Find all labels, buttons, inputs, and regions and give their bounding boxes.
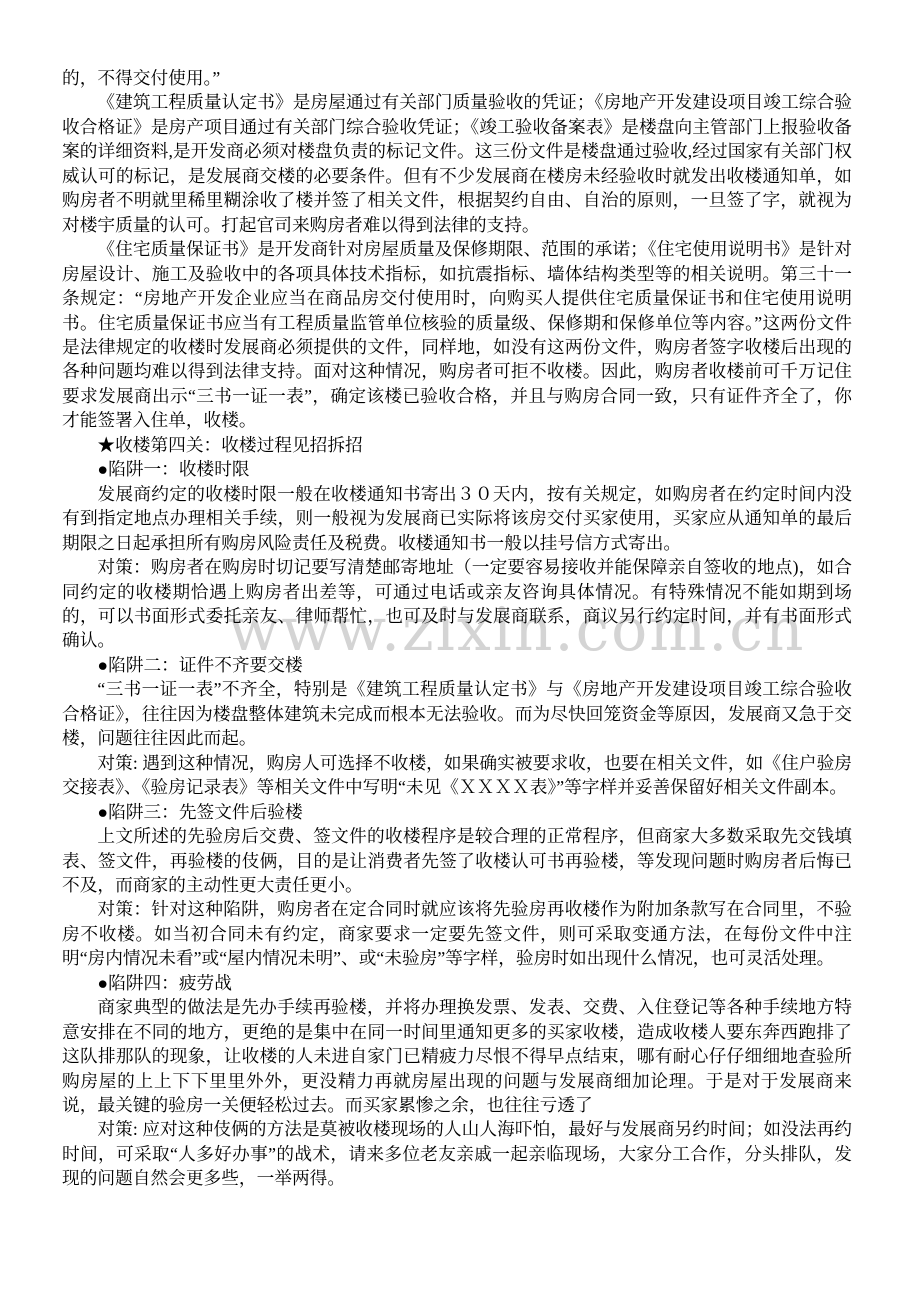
paragraph: 的，不得交付使用。” [62, 66, 852, 90]
section-heading: ●陷阱一：收楼时限 [62, 457, 852, 481]
paragraph: 发展商约定的收楼时限一般在收楼通知书寄出３０天内，按有关规定，如购房者在约定时间… [62, 482, 852, 555]
paragraph: 对策: 应对这种伎俩的方法是莫被收楼现场的人山人海吓怕，最好与发展商另约时间；如… [62, 1117, 852, 1190]
section-heading: ●陷阱二：证件不齐要交楼 [62, 653, 852, 677]
paragraph: 上文所述的先验房后交费、签文件的收楼程序是较合理的正常程序，但商家大多数采取先交… [62, 824, 852, 897]
paragraph: 《住宅质量保证书》是开发商针对房屋质量及保修期限、范围的承诺；《住宅使用说明书》… [62, 237, 852, 433]
paragraph: 《建筑工程质量认定书》是房屋通过有关部门质量验收的凭证；《房地产开发建设项目竣工… [62, 90, 852, 237]
paragraph: 商家典型的做法是先办手续再验楼，并将办理换发票、发表、交费、入住登记等各种手续地… [62, 995, 852, 1117]
section-heading: ●陷阱四：疲劳战 [62, 971, 852, 995]
paragraph: 对策: 遇到这种情况，购房人可选择不收楼，如果确实被要求收，也要在相关文件，如《… [62, 751, 852, 800]
paragraph: “三书一证一表”不齐全，特别是《建筑工程质量认定书》与《房地产开发建设项目竣工综… [62, 677, 852, 750]
section-heading: ★收楼第四关：收楼过程见招拆招 [62, 433, 852, 457]
paragraph: 对策：购房者在购房时切记要写清楚邮寄地址（一定要容易接收并能保障亲自签收的地点)… [62, 555, 852, 653]
document-page: www.zixin.com.cn 的，不得交付使用。”《建筑工程质量认定书》是房… [0, 0, 920, 1302]
document-body: 的，不得交付使用。”《建筑工程质量认定书》是房屋通过有关部门质量验收的凭证；《房… [62, 66, 852, 1191]
paragraph: 对策：针对这种陷阱，购房者在定合同时就应该将先验房再收楼作为附加条款写在合同里，… [62, 897, 852, 970]
section-heading: ●陷阱三：先签文件后验楼 [62, 800, 852, 824]
